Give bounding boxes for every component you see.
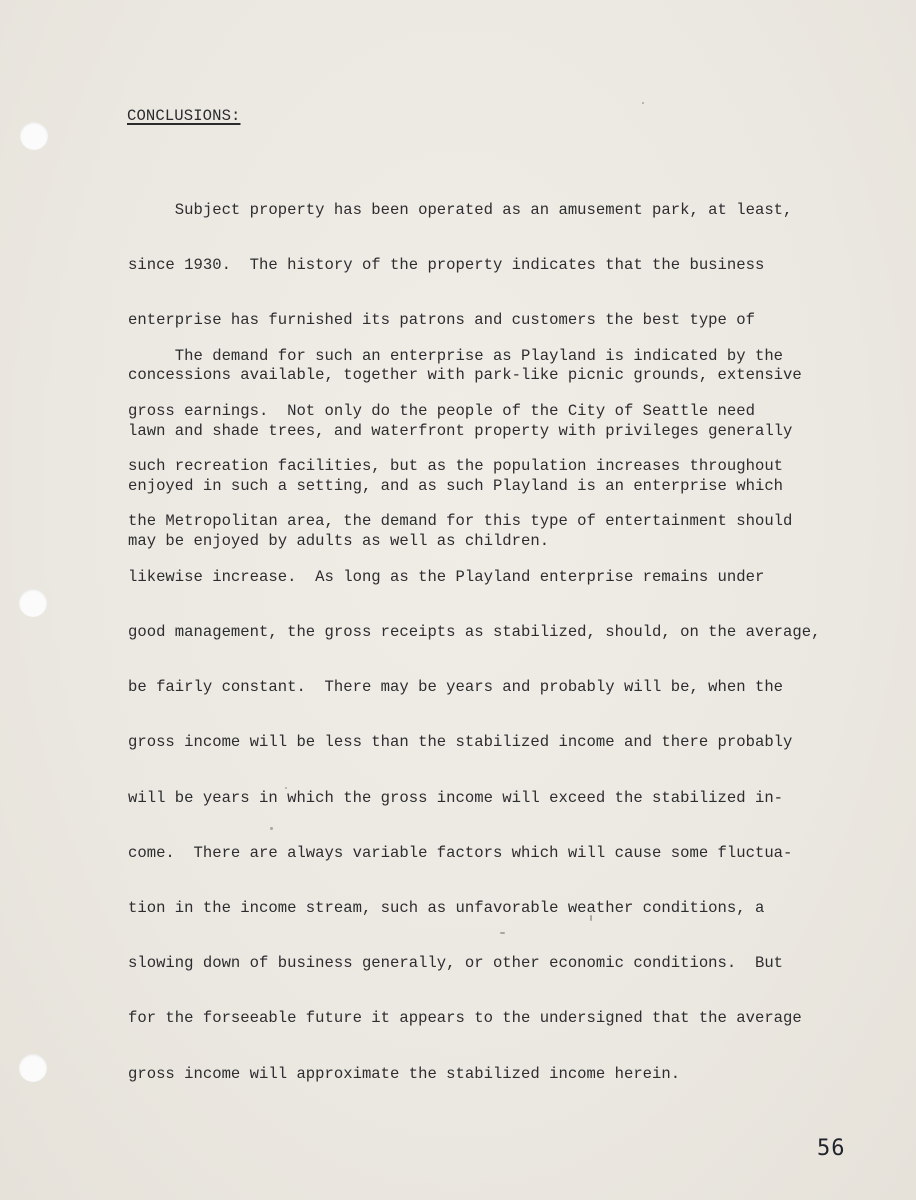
text-line: gross income will be less than the stabi… [128, 733, 828, 751]
text-line: be fairly constant. There may be years a… [128, 678, 828, 696]
text-line: slowing down of business generally, or o… [128, 954, 828, 972]
text-line: gross earnings. Not only do the people o… [128, 402, 828, 420]
text-line: gross income will approximate the stabil… [128, 1065, 828, 1083]
punch-hole-top [20, 122, 48, 150]
text-line: Subject property has been operated as an… [128, 201, 828, 219]
text-line: for the forseeable future it appears to … [128, 1009, 828, 1027]
text-line: such recreation facilities, but as the p… [128, 457, 828, 475]
text-line: the Metropolitan area, the demand for th… [128, 512, 828, 530]
text-line: tion in the income stream, such as unfav… [128, 899, 828, 917]
text-line: will be years in which the gross income … [128, 789, 828, 807]
paper-speck [270, 827, 273, 830]
document-page: CONCLUSIONS: Subject property has been o… [0, 0, 916, 1200]
paragraph-2: The demand for such an enterprise as Pla… [128, 310, 828, 1120]
punch-hole-middle [19, 589, 47, 617]
paper-speck [642, 102, 644, 104]
page-number: 56 [817, 1136, 846, 1161]
punch-hole-bottom [19, 1054, 47, 1082]
paper-speck [590, 915, 592, 921]
text-line: come. There are always variable factors … [128, 844, 828, 862]
paper-speck [285, 787, 287, 789]
text-line: since 1930. The history of the property … [128, 256, 828, 274]
section-heading: CONCLUSIONS: [127, 107, 241, 125]
text-line: likewise increase. As long as the Playla… [128, 568, 828, 586]
paper-speck [500, 932, 505, 934]
text-line: The demand for such an enterprise as Pla… [128, 347, 828, 365]
text-line: good management, the gross receipts as s… [128, 623, 828, 641]
